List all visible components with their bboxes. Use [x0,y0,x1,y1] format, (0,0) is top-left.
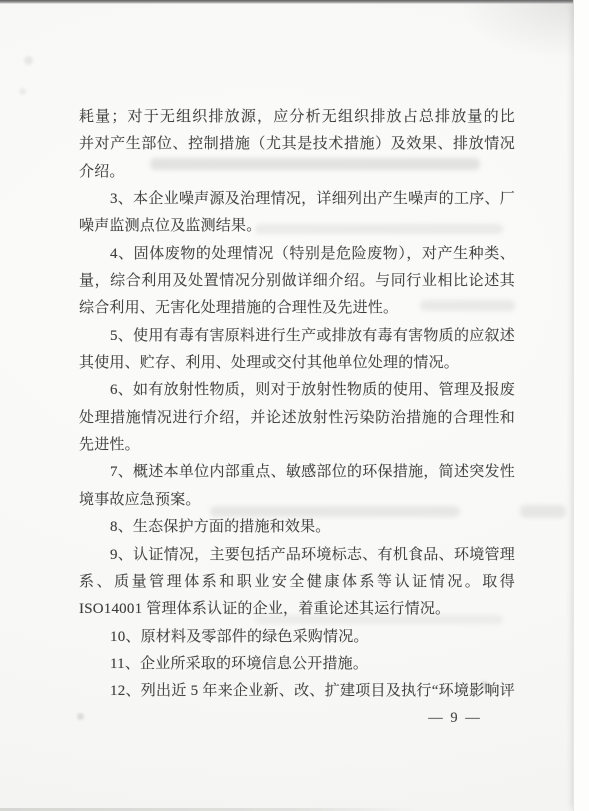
body-line: 7、概述本单位内部重点、敏感部位的环保措施，简述突发性环 [79,459,515,486]
body-line: 境事故应急预案。 [79,487,515,514]
body-line: 9、认证情况，主要包括产品环境标志、有机食品、环境管理体 [79,542,515,569]
scan-right-edge [573,0,589,811]
body-line: 10、原材料及零部件的绿色采购情况。 [79,624,515,651]
scanned-document-page: 耗量；对于无组织排放源，应分析无组织排放占总排放量的比例， 并对产生部位、控制措… [0,0,589,811]
body-line: 先进性。 [79,432,515,459]
body-line: 系、质量管理体系和职业安全健康体系等认证情况。取得 [79,569,515,596]
body-line: 8、生态保护方面的措施和效果。 [79,514,515,541]
body-line: 并对产生部位、控制措施（尤其是技术措施）及效果、排放情况进行 [79,131,515,158]
body-line: 其使用、贮存、利用、处理或交付其他单位处理的情况。 [79,350,515,377]
body-line: 12、列出近 5 年来企业新、改、扩建项目及执行“环境影响评 [79,678,515,705]
body-text-block: 耗量；对于无组织排放源，应分析无组织排放占总排放量的比例， 并对产生部位、控制措… [79,104,515,706]
body-line: 处理措施情况进行介绍，并论述放射性污染防治措施的合理性和 [79,405,515,432]
body-line: 综合利用、无害化处理措施的合理性及先进性。 [79,295,515,322]
bleed-through-smudge [520,505,566,518]
body-line: 噪声监测点位及监测结果。 [79,213,515,240]
speck-artifact [77,713,84,720]
body-line: 4、固体废物的处理情况（特别是危险废物），对产生种类、产生 [79,241,515,268]
body-line: 3、本企业噪声源及治理情况，详细列出产生噪声的工序、厂界 [79,186,515,213]
body-line: 介绍。 [79,159,515,186]
speck-artifact [19,88,26,95]
body-line: 5、使用有毒有害原料进行生产或排放有毒有害物质的应叙述 [79,323,515,350]
body-line: ISO14001 管理体系认证的企业，着重论述其运行情况。 [79,596,515,623]
body-line: 6、如有放射性物质，则对于放射性物质的使用、管理及报废后 [79,377,515,404]
body-line: 耗量；对于无组织排放源，应分析无组织排放占总排放量的比例， [79,104,515,131]
speck-artifact [24,56,33,65]
page-number: — 9 — [420,705,490,732]
body-line: 11、企业所采取的环境信息公开措施。 [79,651,515,678]
body-line: 量，综合利用及处置情况分别做详细介绍。与同行业相比论述其 [79,268,515,295]
scan-corner-shading [454,0,574,60]
